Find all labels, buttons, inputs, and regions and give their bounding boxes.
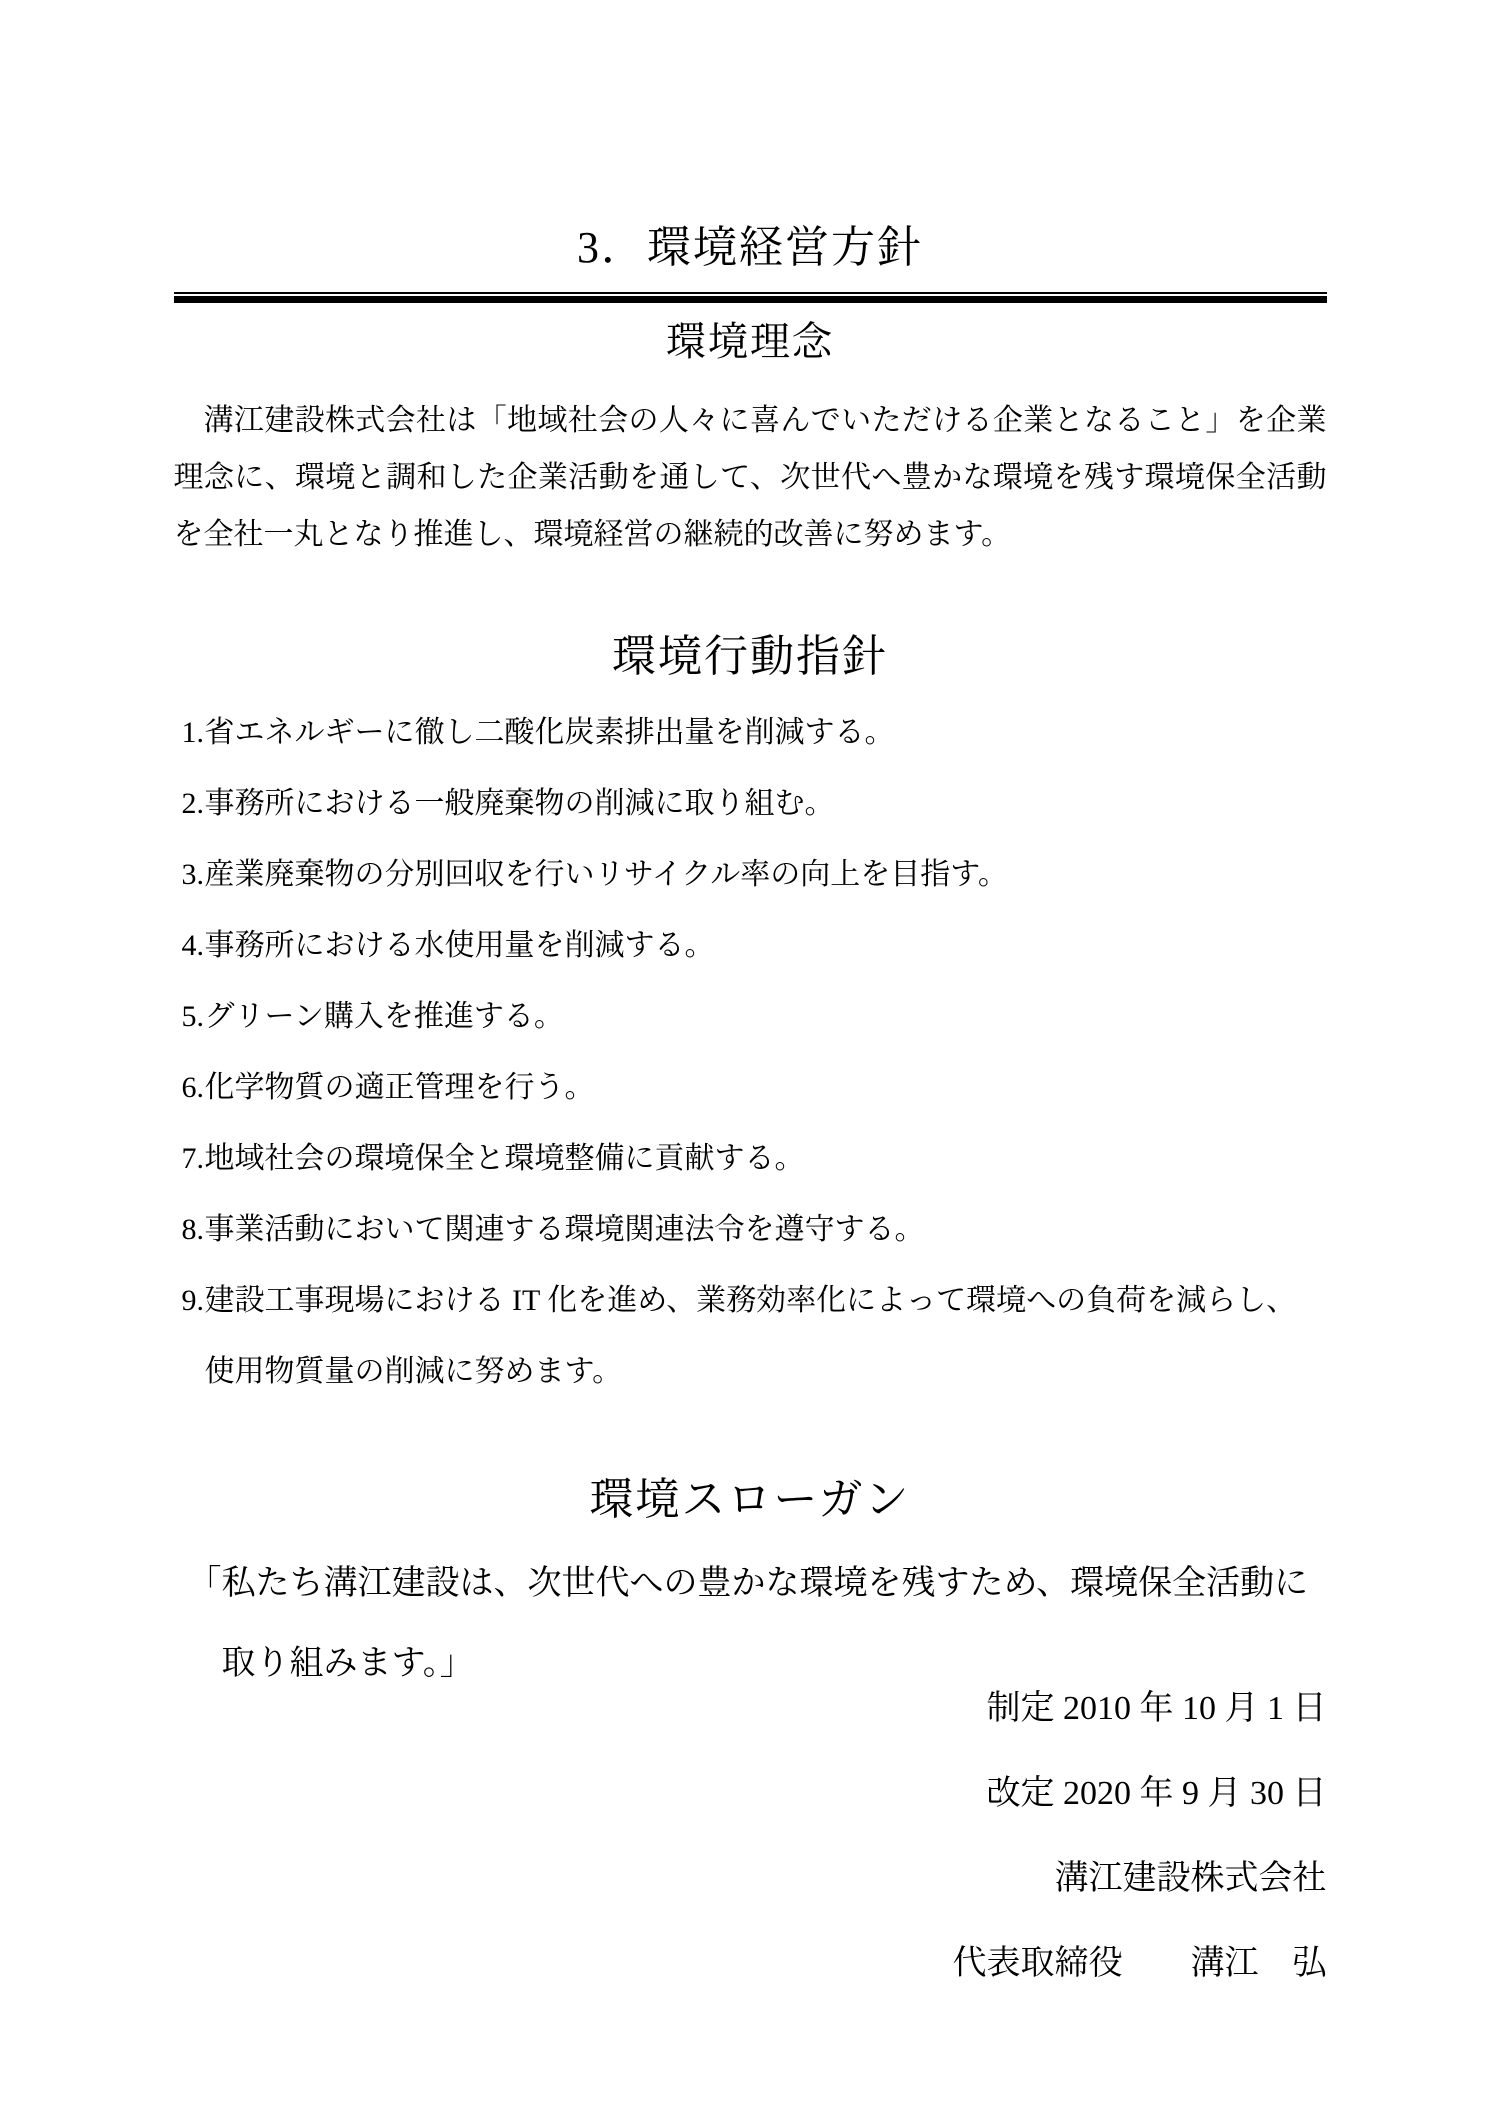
guideline-text: 事業活動において関連する環境関連法令を遵守する。 [205, 1194, 1327, 1265]
guideline-number: 2. [182, 768, 205, 839]
guideline-text: 化学物質の適正管理を行う。 [205, 1052, 1327, 1123]
guideline-text: 事務所における水使用量を削減する。 [205, 910, 1327, 981]
guideline-text: 建設工事現場における IT 化を進め、業務効率化によって環境への負荷を減らし、 … [205, 1265, 1327, 1407]
footer-block: 制定 2010 年 10 月 1 日 改定 2020 年 9 月 30 日 溝江… [174, 1666, 1327, 2006]
title-double-rule [174, 292, 1327, 303]
heading-environment-slogan: 環境スローガン [174, 1474, 1327, 1526]
guideline-item-6: 6. 化学物質の適正管理を行う。 [174, 1052, 1327, 1123]
guideline-number: 7. [182, 1123, 205, 1194]
guideline-item-4: 4. 事務所における水使用量を削減する。 [174, 910, 1327, 981]
guideline-number: 1. [182, 697, 205, 768]
footer-representative: 代表取締役 溝江 弘 [174, 1921, 1327, 2006]
guideline-text: 事務所における一般廃棄物の削減に取り組む。 [205, 768, 1327, 839]
guideline-text: グリーン購入を推進する。 [205, 981, 1327, 1052]
guideline-number: 9. [182, 1265, 205, 1407]
philosophy-paragraph: 溝江建設株式会社は「地域社会の人々に喜んでいただける企業となること」を企業理念に… [174, 392, 1327, 563]
document-page: 3．環境経営方針 環境理念 溝江建設株式会社は「地域社会の人々に喜んでいただける… [0, 0, 1500, 2121]
guideline-item-3: 3. 産業廃棄物の分別回収を行いリサイクル率の向上を目指す。 [174, 839, 1327, 910]
guideline-number: 4. [182, 910, 205, 981]
footer-company-name: 溝江建設株式会社 [174, 1836, 1327, 1921]
guideline-number: 6. [182, 1052, 205, 1123]
guideline-text: 地域社会の環境保全と環境整備に貢献する。 [205, 1123, 1327, 1194]
guideline-item-5: 5. グリーン購入を推進する。 [174, 981, 1327, 1052]
guideline-number: 8. [182, 1194, 205, 1265]
guideline-item-2: 2. 事務所における一般廃棄物の削減に取り組む。 [174, 768, 1327, 839]
document-content: 3．環境経営方針 環境理念 溝江建設株式会社は「地域社会の人々に喜んでいただける… [174, 0, 1327, 2006]
guideline-item-8: 8. 事業活動において関連する環境関連法令を遵守する。 [174, 1194, 1327, 1265]
guideline-text: 省エネルギーに徹し二酸化炭素排出量を削減する。 [205, 697, 1327, 768]
guideline-item-7: 7. 地域社会の環境保全と環境整備に貢献する。 [174, 1123, 1327, 1194]
guideline-list: 1. 省エネルギーに徹し二酸化炭素排出量を削減する。 2. 事務所における一般廃… [174, 697, 1327, 1407]
page-title: 3．環境経営方針 [174, 222, 1327, 274]
guideline-text: 産業廃棄物の分別回収を行いリサイクル率の向上を目指す。 [205, 839, 1327, 910]
guideline-item-1: 1. 省エネルギーに徹し二酸化炭素排出量を削減する。 [174, 697, 1327, 768]
guideline-number: 3. [182, 839, 205, 910]
guideline-number: 5. [182, 981, 205, 1052]
heading-environment-philosophy: 環境理念 [174, 318, 1327, 366]
guideline-item-9: 9. 建設工事現場における IT 化を進め、業務効率化によって環境への負荷を減ら… [174, 1265, 1327, 1407]
footer-revised-date: 改定 2020 年 9 月 30 日 [174, 1751, 1327, 1836]
heading-action-guidelines: 環境行動指針 [174, 631, 1327, 683]
